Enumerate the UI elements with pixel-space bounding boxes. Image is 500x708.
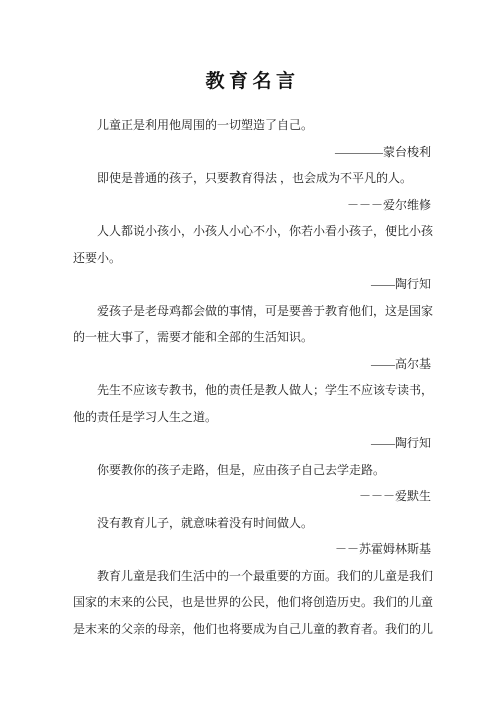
- quote-attribution: －－－爱尔维修: [73, 192, 437, 219]
- quote-attribution: －－苏霍姆林斯基: [73, 536, 437, 563]
- quote-paragraph: 人人都说小孩小，小孩人小心不小，你若小看小孩子，便比小孩还要小。——陶行知: [73, 218, 437, 298]
- quote-paragraph: 你要教你的孩子走路，但是，应由孩子自己去学走路。－－－爱默生: [73, 457, 437, 510]
- document-body: 儿童正是利用他周围的一切塑造了自己。————蒙台梭利即使是普通的孩子，只要教育得…: [73, 112, 437, 642]
- quote-line: 你要教你的孩子走路，但是，应由孩子自己去学走路。: [73, 457, 437, 484]
- document-page: 教育名言 儿童正是利用他周围的一切塑造了自己。————蒙台梭利即使是普通的孩子，…: [0, 0, 500, 708]
- quote-line: 没有教育儿子，就意味着没有时间做人。: [73, 510, 437, 537]
- quote-line: 的一桩大事了，需要才能和全部的生活知识。: [73, 324, 437, 351]
- quote-attribution: ——陶行知: [73, 271, 437, 298]
- quote-line: 他的责任是学习人生之道。: [73, 404, 437, 431]
- quote-paragraph: 爱孩子是老母鸡都会做的事情，可是要善于教育他们，这是国家的一桩大事了，需要才能和…: [73, 298, 437, 378]
- document-title: 教育名言: [0, 68, 500, 95]
- quote-paragraph: 先生不应该专教书，他的责任是教人做人；学生不应该专读书，他的责任是学习人生之道。…: [73, 377, 437, 457]
- quote-attribution: ——陶行知: [73, 430, 437, 457]
- quote-line: 是末来的父亲的母亲，他们也将要成为自己儿童的教育者。我们的儿: [73, 616, 437, 643]
- quote-paragraph: 儿童正是利用他周围的一切塑造了自己。————蒙台梭利: [73, 112, 437, 165]
- quote-line: 教育儿童是我们生活中的一个最重要的方面。我们的儿童是我们: [73, 563, 437, 590]
- quote-attribution: ————蒙台梭利: [73, 139, 437, 166]
- quote-paragraph: 教育儿童是我们生活中的一个最重要的方面。我们的儿童是我们国家的末来的公民，也是世…: [73, 563, 437, 643]
- quote-line: 爱孩子是老母鸡都会做的事情，可是要善于教育他们，这是国家: [73, 298, 437, 325]
- quote-line: 还要小。: [73, 245, 437, 272]
- quote-attribution: ——高尔基: [73, 351, 437, 378]
- quote-paragraph: 即使是普通的孩子，只要教育得法 ，也会成为不平凡的人。－－－爱尔维修: [73, 165, 437, 218]
- quote-line: 先生不应该专教书，他的责任是教人做人；学生不应该专读书，: [73, 377, 437, 404]
- quote-line: 即使是普通的孩子，只要教育得法 ，也会成为不平凡的人。: [73, 165, 437, 192]
- quote-line: 国家的末来的公民，也是世界的公民，他们将创造历史。我们的儿童: [73, 589, 437, 616]
- quote-line: 儿童正是利用他周围的一切塑造了自己。: [73, 112, 437, 139]
- quote-line: 人人都说小孩小，小孩人小心不小，你若小看小孩子，便比小孩: [73, 218, 437, 245]
- quote-paragraph: 没有教育儿子，就意味着没有时间做人。－－苏霍姆林斯基: [73, 510, 437, 563]
- quote-attribution: －－－爱默生: [73, 483, 437, 510]
